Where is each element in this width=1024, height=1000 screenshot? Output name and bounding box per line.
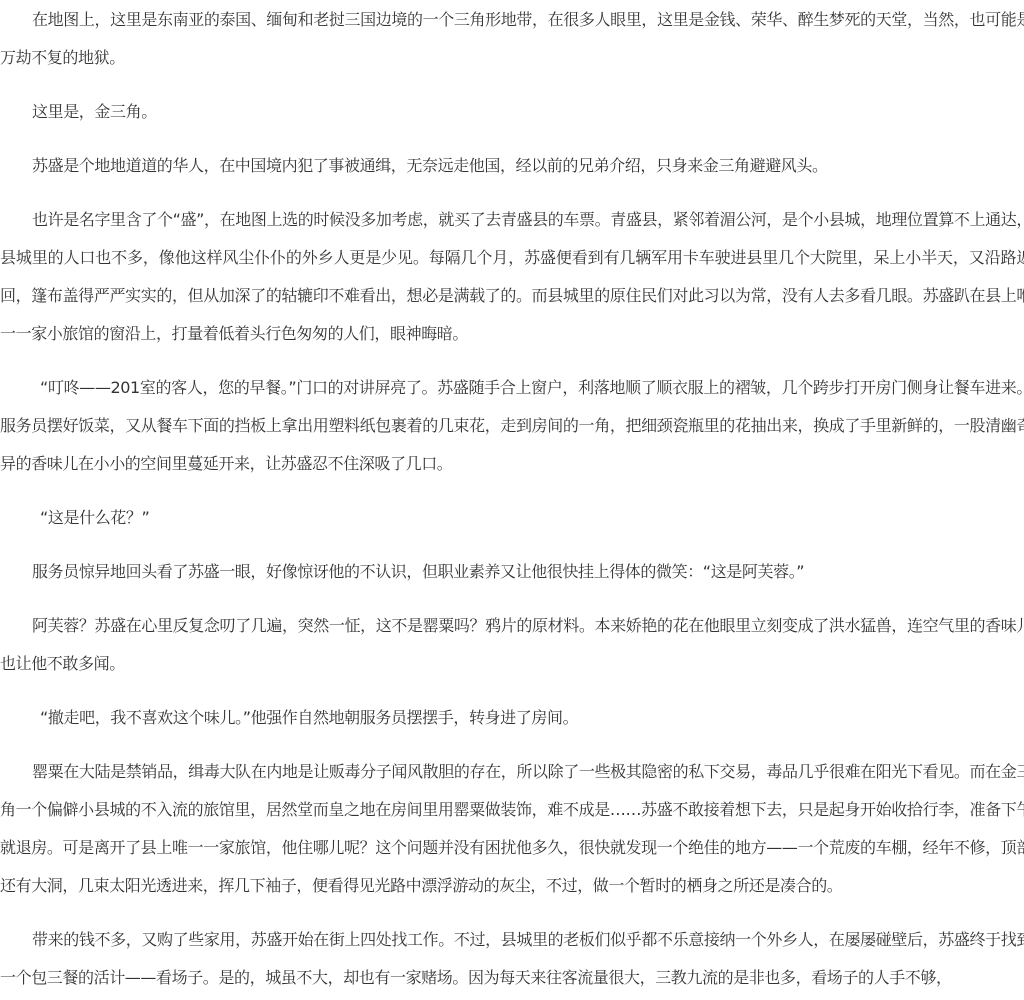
paragraph-golden-triangle: 这里是，金三角。: [0, 93, 1024, 131]
article-body: 在地图上，这里是东南亚的泰国、缅甸和老挝三国边境的一个三角形地带，在很多人眼里，…: [0, 1, 1024, 997]
paragraph-su-sheng-background: 苏盛是个地地道道的华人，在中国境内犯了事被通缉，无奈远走他国，经以前的兄弟介绍，…: [0, 147, 1024, 185]
paragraph-qingsheng-county: 也许是名字里含了个“盛”，在地图上选的时候没多加考虑，就买了去青盛县的车票。青盛…: [0, 201, 1024, 353]
paragraph-breakfast-delivery: “叮咚——201室的客人，您的早餐。”门口的对讲屏亮了。苏盛随手合上窗户，利落地…: [0, 369, 1024, 483]
paragraph-opium-realization: 阿芙蓉？苏盛在心里反复念叨了几遍，突然一怔，这不是罂粟吗？鸦片的原材料。本来娇艳…: [0, 607, 1024, 683]
paragraph-take-it-away: “撤走吧，我不喜欢这个味儿。”他强作自然地朝服务员摆摆手，转身进了房间。: [0, 699, 1024, 737]
paragraph-attendant-reply: 服务员惊异地回头看了苏盛一眼，好像惊讶他的不认识，但职业素养又让他很快挂上得体的…: [0, 553, 1024, 591]
paragraph-job-search: 带来的钱不多，又购了些家用，苏盛开始在街上四处找工作。不过，县城里的老板们似乎都…: [0, 921, 1024, 997]
paragraph-poppy-contraband: 罂粟在大陆是禁销品，缉毒大队在内地是让贩毒分子闻风散胆的存在，所以除了一些极其隐…: [0, 753, 1024, 905]
paragraph-intro: 在地图上，这里是东南亚的泰国、缅甸和老挝三国边境的一个三角形地带，在很多人眼里，…: [0, 1, 1024, 77]
paragraph-what-flower: “这是什么花？”: [0, 499, 1024, 537]
